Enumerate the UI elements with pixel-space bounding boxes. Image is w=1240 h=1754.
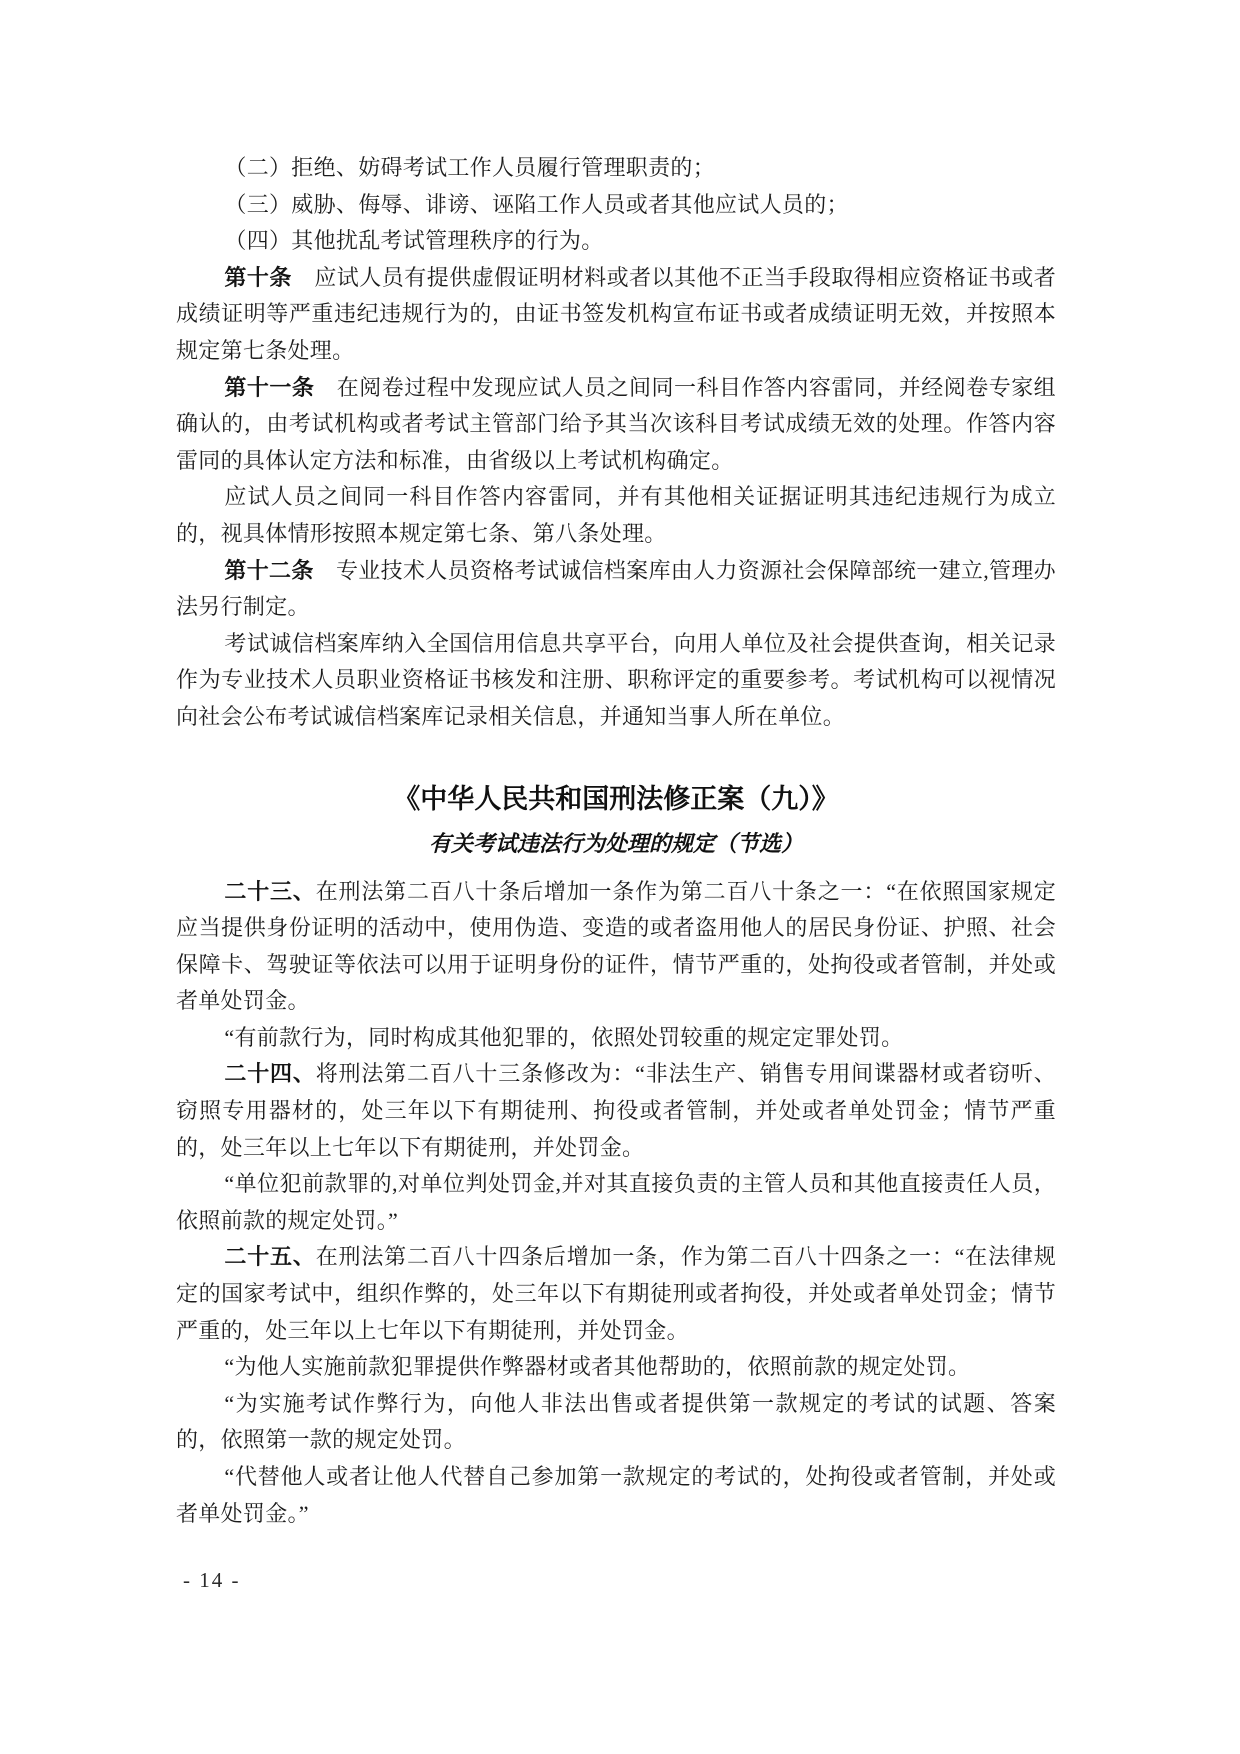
paragraph: （四）其他扰乱考试管理秩序的行为。	[176, 223, 1056, 260]
paragraph-text: 考试诚信档案库纳入全国信用信息共享平台，向用人单位及社会提供查询，相关记录作为专…	[176, 631, 1056, 729]
paragraph: 二十四、将刑法第二百八十三条修改为：“非法生产、销售专用间谍器材或者窃听、窃照专…	[176, 1056, 1056, 1166]
paragraph-text: 应试人员之间同一科目作答内容雷同，并有其他相关证据证明其违纪违规行为成立的，视具…	[176, 484, 1056, 546]
paragraph-text: （四）其他扰乱考试管理秩序的行为。	[224, 228, 603, 253]
paragraph: 应试人员之间同一科目作答内容雷同，并有其他相关证据证明其违纪违规行为成立的，视具…	[176, 479, 1056, 552]
paragraph: “为他人实施前款犯罪提供作弊器材或者其他帮助的，依照前款的规定处罚。	[176, 1349, 1056, 1386]
article-number: 第十一条	[224, 375, 336, 400]
paragraph: 二十三、在刑法第二百八十条后增加一条作为第二百八十条之一：“在依照国家规定应当提…	[176, 874, 1056, 1020]
paragraph: “为实施考试作弊行为，向他人非法出售或者提供第一款规定的考试的试题、答案的，依照…	[176, 1386, 1056, 1459]
paragraph-text: “为实施考试作弊行为，向他人非法出售或者提供第一款规定的考试的试题、答案的，依照…	[176, 1391, 1056, 1453]
document-page: （二）拒绝、妨碍考试工作人员履行管理职责的； （三）威胁、侮辱、诽谤、诬陷工作人…	[0, 0, 1240, 1754]
paragraph-text: “为他人实施前款犯罪提供作弊器材或者其他帮助的，依照前款的规定处罚。	[224, 1354, 970, 1379]
paragraph: 第十一条 在阅卷过程中发现应试人员之间同一科目作答内容雷同，并经阅卷专家组确认的…	[176, 370, 1056, 480]
paragraph-text: （三）威胁、侮辱、诽谤、诬陷工作人员或者其他应试人员的；	[224, 192, 848, 217]
document-content: （二）拒绝、妨碍考试工作人员履行管理职责的； （三）威胁、侮辱、诽谤、诬陷工作人…	[176, 150, 1056, 1532]
paragraph-text: “单位犯前款罪的,对单位判处罚金,并对其直接负责的主管人员和其他直接责任人员，依…	[176, 1171, 1056, 1233]
item-number: 二十三、	[224, 879, 315, 904]
paragraph: （三）威胁、侮辱、诽谤、诬陷工作人员或者其他应试人员的；	[176, 187, 1056, 224]
article-number: 第十条	[224, 265, 314, 290]
paragraph: 二十五、在刑法第二百八十四条后增加一条，作为第二百八十四条之一：“在法律规定的国…	[176, 1239, 1056, 1349]
article-number: 第十二条	[224, 558, 336, 583]
paragraph-text: （二）拒绝、妨碍考试工作人员履行管理职责的；	[224, 155, 715, 180]
item-number: 二十五、	[224, 1244, 315, 1269]
section-title: 《中华人民共和国刑法修正案（九）》	[176, 776, 1056, 822]
paragraph-text: “有前款行为，同时构成其他犯罪的，依照处罚较重的规定定罪处罚。	[224, 1025, 903, 1050]
page-number: - 14 -	[183, 1568, 241, 1592]
paragraph: “有前款行为，同时构成其他犯罪的，依照处罚较重的规定定罪处罚。	[176, 1020, 1056, 1057]
item-number: 二十四、	[224, 1061, 315, 1086]
paragraph: 第十二条 专业技术人员资格考试诚信档案库由人力资源社会保障部统一建立,管理办法另…	[176, 553, 1056, 626]
paragraph: 第十条 应试人员有提供虚假证明材料或者以其他不正当手段取得相应资格证书或者成绩证…	[176, 260, 1056, 370]
paragraph: “单位犯前款罪的,对单位判处罚金,并对其直接负责的主管人员和其他直接责任人员，依…	[176, 1166, 1056, 1239]
section-subtitle: 有关考试违法行为处理的规定（节选）	[176, 824, 1056, 864]
page-footer: - 14 -	[183, 1566, 241, 1594]
paragraph: （二）拒绝、妨碍考试工作人员履行管理职责的；	[176, 150, 1056, 187]
paragraph: “代替他人或者让他人代替自己参加第一款规定的考试的，处拘役或者管制，并处或者单处…	[176, 1459, 1056, 1532]
paragraph-text: “代替他人或者让他人代替自己参加第一款规定的考试的，处拘役或者管制，并处或者单处…	[176, 1464, 1056, 1526]
paragraph: 考试诚信档案库纳入全国信用信息共享平台，向用人单位及社会提供查询，相关记录作为专…	[176, 626, 1056, 736]
